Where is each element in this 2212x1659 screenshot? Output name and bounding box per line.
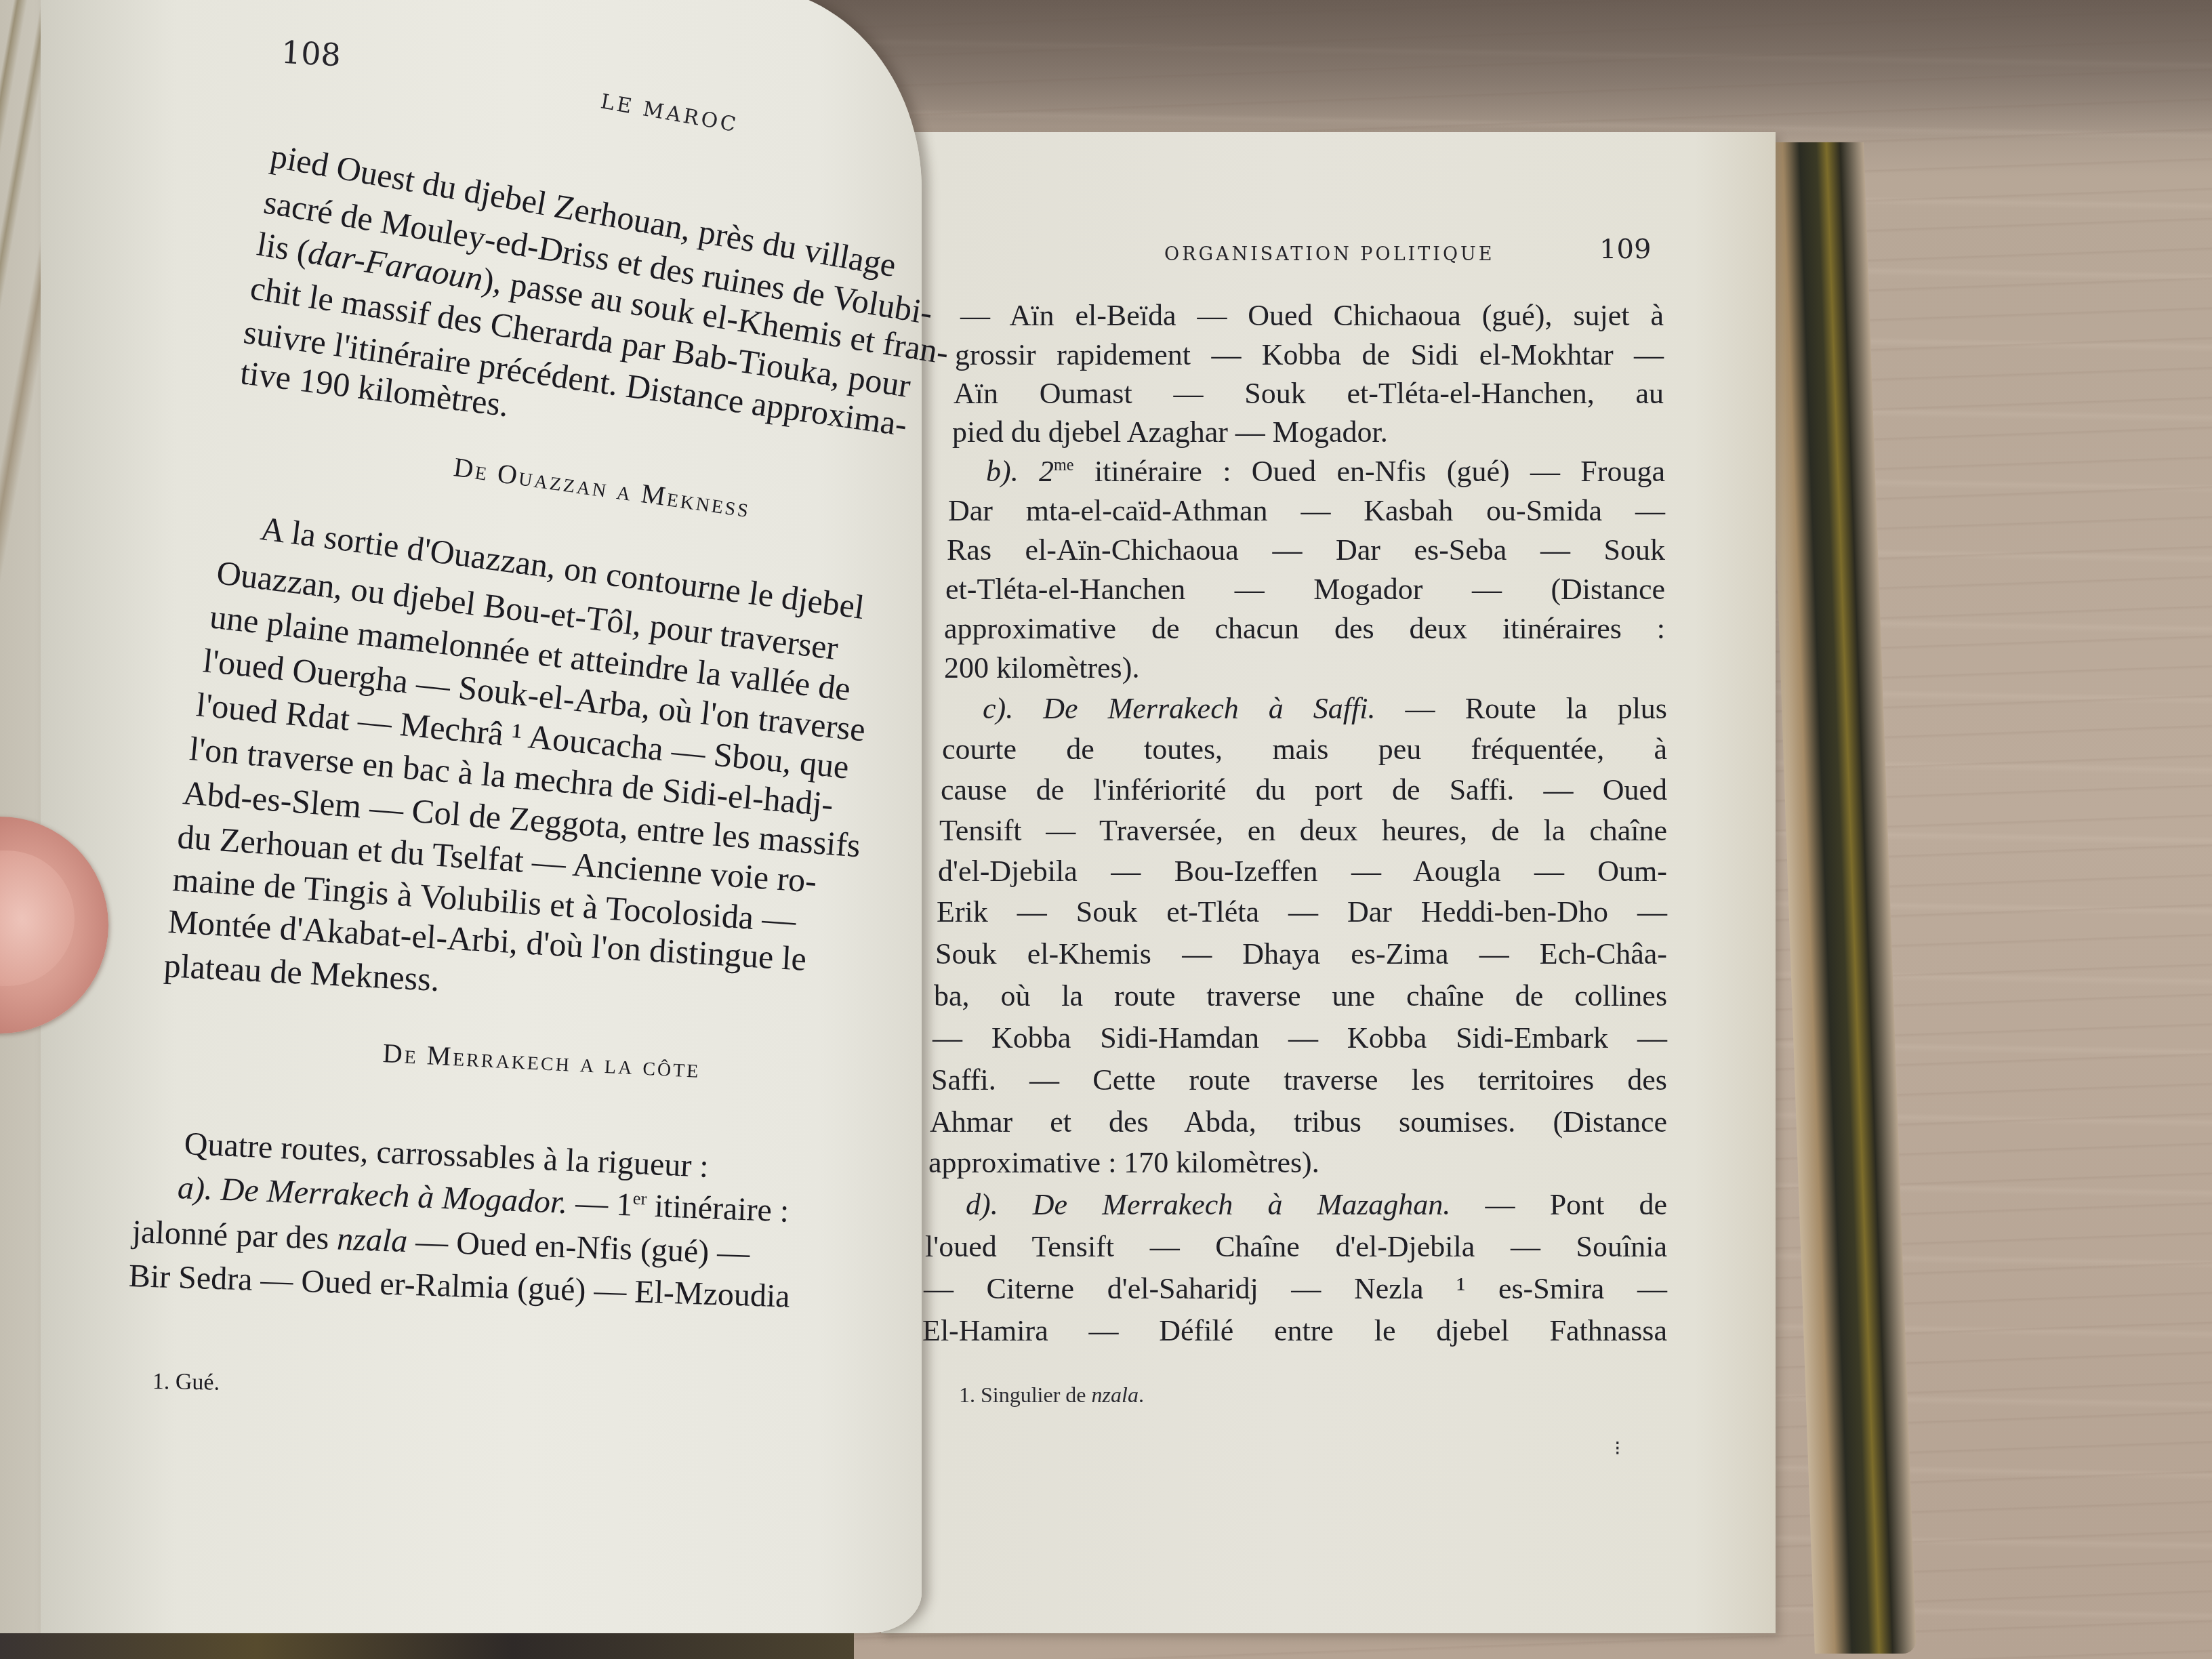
left-page-number: 108 (281, 34, 342, 74)
route-c-text: — Route la plus (1375, 692, 1667, 725)
text-line: ba, où la route traverse une chaîne de c… (934, 979, 1667, 1013)
route-b-text: itinéraire : Oued en-Nfis (gué) — Frouga (1074, 455, 1665, 488)
route-d-label: d). De Merrakech à Mazaghan. (966, 1188, 1450, 1221)
footnote-text: 1. Singulier de (959, 1382, 1092, 1407)
text-line: 200 kilomètres). (944, 651, 1662, 685)
route-b-label: b). 2 (986, 455, 1054, 488)
text-line: — Citerne d'el-Saharidj — Nezla ¹ es-Smi… (924, 1271, 1667, 1306)
route-c-label: c). De Merrakech à Saffi. (983, 692, 1375, 725)
text-segment: jalonné par des (131, 1214, 337, 1257)
text-line: approximative de chacun des deux itinéra… (944, 611, 1665, 646)
text-line: — Kobba Sidi-Hamdan — Kobba Sidi-Embark … (933, 1021, 1667, 1055)
text-line: Ras el-Aïn-Chichaoua — Dar es-Seba — Sou… (947, 533, 1665, 567)
text-line: grossir rapidement — Kobba de Sidi el-Mo… (955, 337, 1664, 372)
italic-term: nzala (336, 1221, 408, 1260)
text-line: Ahmar et des Abda, tribus soumises. (Dis… (930, 1105, 1667, 1139)
route-a-text: — 1 (567, 1185, 633, 1223)
route-a-tail: itinéraire : (646, 1188, 790, 1229)
route-d-text: — Pont de (1450, 1188, 1667, 1221)
footnote-end: . (1139, 1382, 1144, 1407)
text-line: cause de l'infériorité du port de Saffi.… (941, 773, 1667, 807)
left-footnote: 1. Gué. (152, 1369, 220, 1396)
book-bottom-edge (0, 1633, 854, 1659)
text-line: d'el-Djebila — Bou-Izeffen — Aougla — Ou… (938, 854, 1667, 888)
right-footnote: 1. Singulier de nzala. (959, 1382, 1144, 1408)
text-line: courte de toutes, mais peu fréquentée, à (942, 732, 1667, 766)
text-line: approximative : 170 kilomètres). (928, 1145, 1647, 1180)
text-line: — Aïn el-Beïda — Oued Chichaoua (gué), s… (960, 298, 1664, 333)
text-line: Souk el-Khemis — Dhaya es-Zima — Ech-Châ… (935, 937, 1667, 971)
text-line: Tensift — Traversée, en deux heures, de … (939, 813, 1667, 848)
ordinal-sup: me (1054, 456, 1074, 474)
text-line: Aïn Oumast — Souk et-Tléta-el-Hanchen, a… (954, 376, 1664, 411)
ordinal-sup: er (632, 1188, 647, 1209)
route-b-line: b). 2me itinéraire : Oued en-Nfis (gué) … (986, 454, 1665, 489)
signature-mark: ⁝ (1614, 1437, 1621, 1460)
route-d-line: d). De Merrakech à Mazaghan. — Pont de (966, 1187, 1667, 1222)
route-c-line: c). De Merrakech à Saffi. — Route la plu… (983, 691, 1667, 726)
text-line: El-Hamira — Défilé entre le djebel Fathn… (922, 1313, 1667, 1348)
text-line: Dar mta-el-caïd-Athman — Kasbah ou-Smida… (948, 493, 1665, 528)
text-line: l'oued Tensift — Chaîne d'el-Djebila — S… (925, 1229, 1667, 1264)
footnote-italic: nzala (1092, 1382, 1139, 1407)
text-line: et-Tléta-el-Hanchen — Mogador — (Distanc… (945, 572, 1665, 607)
right-running-header: ORGANISATION POLITIQUE (1164, 244, 1495, 265)
right-page-number: 109 (1599, 234, 1651, 265)
text-line: Saffi. — Cette route traverse les territ… (931, 1063, 1667, 1097)
text-line: Erik — Souk et-Tléta — Dar Heddi-ben-Dho… (937, 895, 1667, 929)
text-line: pied du djebel Azaghar — Mogador. (952, 415, 1671, 449)
